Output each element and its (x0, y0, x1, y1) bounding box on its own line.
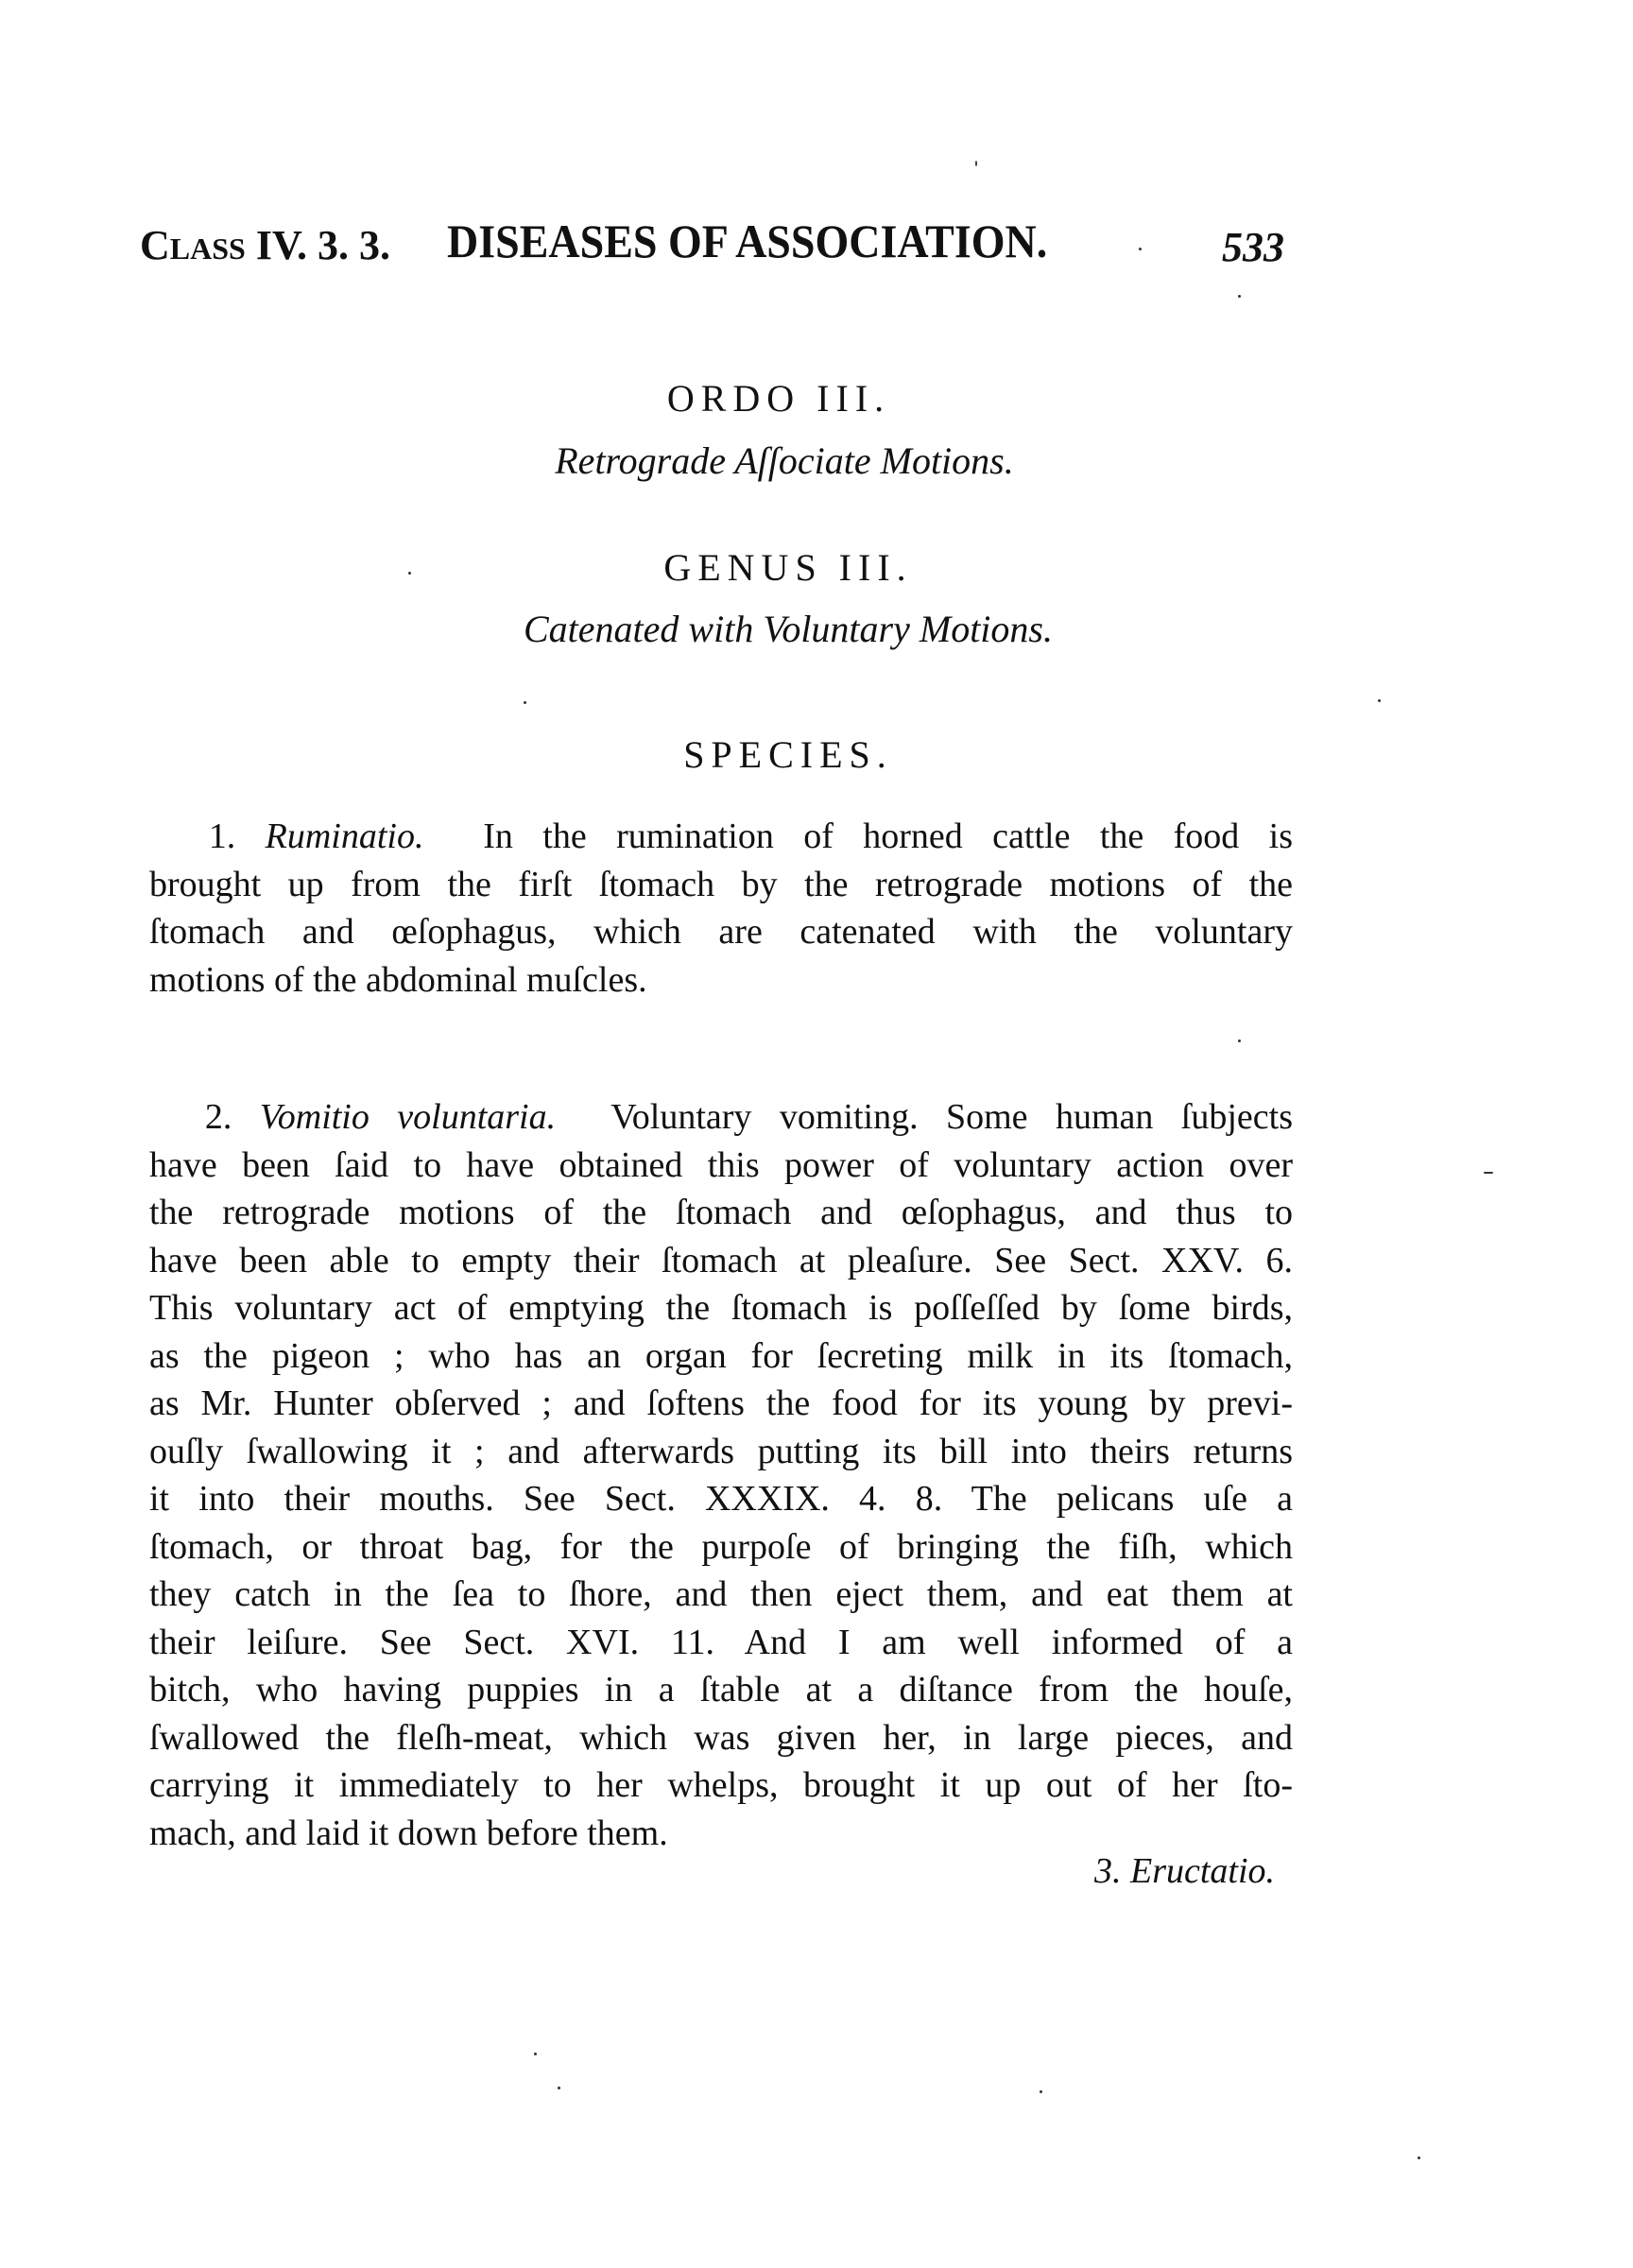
ordo-subtitle: Retrograde Aſſociate Motions. (0, 438, 1601, 483)
species-number: 1. (209, 816, 236, 856)
page-number: 533 (1222, 223, 1284, 271)
scan-speck (1139, 248, 1142, 250)
text-line: they catch in the ſea to ſhore, and then… (149, 1571, 1293, 1619)
running-header: CLASS IV. 3. 3. DISEASES OF ASSOCIATION.… (140, 210, 1255, 276)
scan-speck (975, 161, 977, 166)
scan-speck (408, 572, 411, 575)
genus-subtitle: Catenated with Voluntary Motions. (0, 607, 1605, 651)
text-line: ſwallowed the fleſh-meat, which was give… (149, 1714, 1293, 1762)
scan-speck (1378, 699, 1381, 702)
scan-speck (1238, 1039, 1241, 1042)
scan-speck (524, 701, 526, 704)
scan-speck (558, 2087, 560, 2089)
class-number: IV. 3. 3. (256, 222, 390, 268)
scan-speck (1418, 2156, 1420, 2159)
text-line: ſtomach, or throat bag, for the purpoſe … (149, 1523, 1293, 1572)
text-line: brought up from the firſt ſtomach by the… (149, 861, 1293, 909)
text-line: bitch, who having puppies in a ſtable at… (149, 1666, 1293, 1714)
text-line: 1. Ruminatio. In the rumination of horne… (149, 813, 1293, 861)
text-line: as Mr. Hunter obſerved ; and ſoftens the… (149, 1380, 1293, 1428)
scan-speck (534, 2053, 537, 2055)
class-label-cap: C (140, 222, 170, 268)
text-line: This voluntary act of emptying the ſtoma… (149, 1284, 1293, 1332)
text-line: have been able to empty their ſtomach at… (149, 1237, 1293, 1285)
book-page: CLASS IV. 3. 3. DISEASES OF ASSOCIATION.… (0, 0, 1633, 2268)
class-label-smallcaps: LASS (170, 232, 246, 266)
text-line: as the pigeon ; who has an organ for ſec… (149, 1332, 1293, 1381)
species-entry-vomitio-voluntaria: 2. Vomitio voluntaria. Voluntary vomitin… (149, 1093, 1293, 1857)
genus-heading: GENUS III. (0, 545, 1605, 590)
text-line: motions of the abdominal muſcles. (149, 956, 1293, 1005)
text-line: carrying it immediately to her whelps, b… (149, 1761, 1293, 1810)
ordo-heading: ORDO III. (0, 376, 1595, 421)
line-text: In the rumination of horned cattle the f… (483, 816, 1293, 856)
text-line: 2. Vomitio voluntaria. Voluntary vomitin… (149, 1093, 1293, 1142)
catchword: 3. Eructatio. (1094, 1850, 1275, 1892)
line-text: Voluntary vomiting. Some human ſubjects (610, 1097, 1293, 1137)
species-heading: SPECIES. (0, 732, 1605, 777)
text-line: it into their mouths. See Sect. XXXIX. 4… (149, 1475, 1293, 1523)
text-line: their leiſure. See Sect. XVI. 11. And I … (149, 1619, 1293, 1667)
species-entry-ruminatio: 1. Ruminatio. In the rumination of horne… (149, 813, 1293, 1004)
text-line: the retrograde motions of the ſtomach an… (149, 1189, 1293, 1237)
species-name: Vomitio voluntaria. (260, 1097, 556, 1137)
class-label: CLASS IV. 3. 3. (140, 221, 390, 269)
scan-speck (1484, 1172, 1493, 1174)
text-line: ſtomach and œſophagus, which are catenat… (149, 908, 1293, 956)
running-title: DISEASES OF ASSOCIATION. (447, 214, 1047, 268)
species-name: Ruminatio. (266, 816, 424, 856)
scan-speck (1238, 295, 1241, 298)
scan-speck (1040, 2090, 1042, 2093)
text-line: ouſly ſwallowing it ; and afterwards put… (149, 1428, 1293, 1476)
text-line: have been ſaid to have obtained this pow… (149, 1142, 1293, 1190)
species-number: 2. (205, 1097, 232, 1137)
